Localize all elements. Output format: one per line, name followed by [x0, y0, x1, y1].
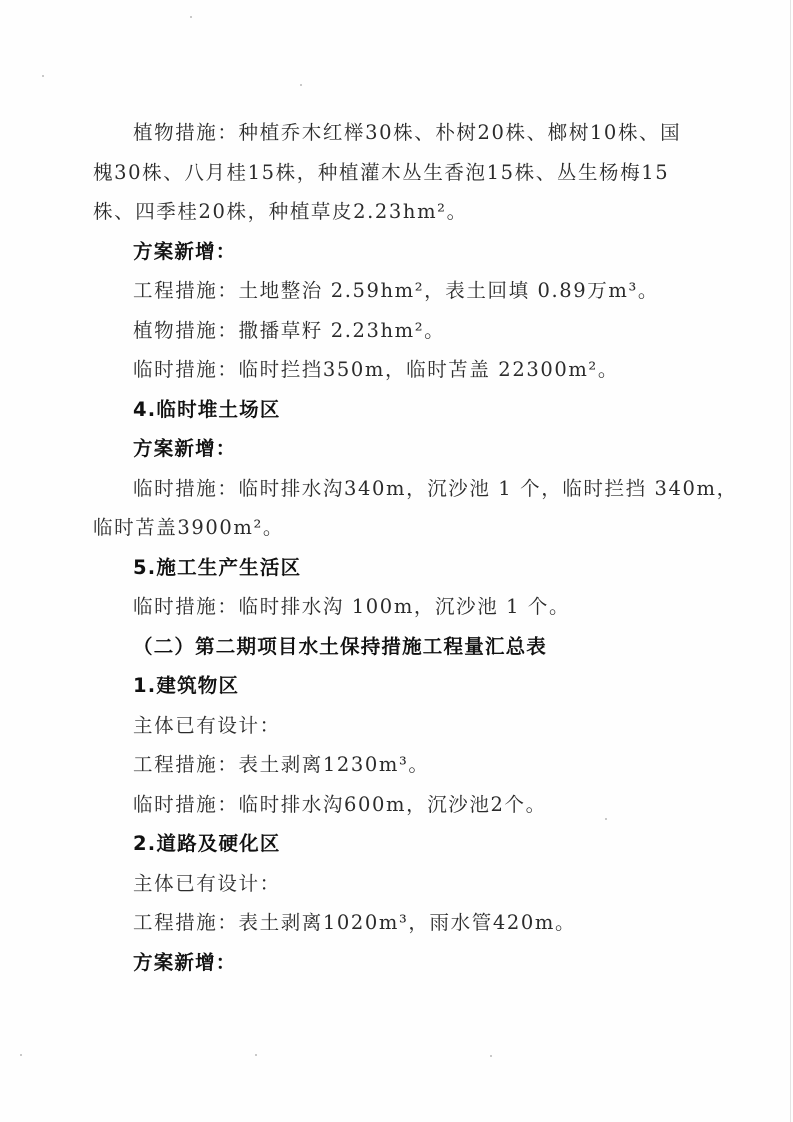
paragraph-engineering-measures: 工程措施：土地整治 2.59hm²，表土回填 0.89万m³。 [93, 271, 697, 311]
scan-speck [300, 84, 302, 86]
scan-speck [42, 75, 44, 77]
document-page: 植物措施：种植乔木红榉30株、朴树20株、榔树10株、国 槐30株、八月桂15株… [0, 0, 793, 1122]
section-heading-building-area: 1.建筑物区 [93, 666, 697, 706]
scan-speck [190, 16, 192, 18]
paragraph-plant-measures-seeding: 植物措施：撒播草籽 2.23hm²。 [93, 311, 697, 351]
subheading-plan-additions: 方案新增： [93, 943, 697, 983]
paragraph-temporary-measures-cont: 临时苫盖3900m²。 [93, 508, 697, 548]
paragraph-temporary-measures: 临时措施：临时拦挡350m，临时苫盖 22300m²。 [93, 350, 697, 390]
subheading-existing-design: 主体已有设计： [93, 864, 697, 904]
section-heading-road-hardened-area: 2.道路及硬化区 [93, 824, 697, 864]
paragraph-engineering-measures: 工程措施：表土剥离1230m³。 [93, 745, 697, 785]
section-heading-construction-living-area: 5.施工生产生活区 [93, 548, 697, 588]
subheading-existing-design: 主体已有设计： [93, 706, 697, 746]
subheading-plan-additions: 方案新增： [93, 429, 697, 469]
paragraph-engineering-measures: 工程措施：表土剥离1020m³，雨水管420m。 [93, 903, 697, 943]
chapter-heading-phase-two-summary: （二）第二期项目水土保持措施工程量汇总表 [93, 627, 697, 667]
scan-speck [20, 1054, 22, 1056]
document-body: 植物措施：种植乔木红榉30株、朴树20株、榔树10株、国 槐30株、八月桂15株… [93, 113, 697, 982]
scan-speck [255, 1054, 257, 1056]
paragraph-temporary-measures: 临时措施：临时排水沟340m，沉沙池 1 个，临时拦挡 340m， [93, 469, 697, 509]
scan-speck [490, 1055, 492, 1057]
paragraph-plant-measures-cont-2: 株、四季桂20株，种植草皮2.23hm²。 [93, 192, 697, 232]
paragraph-temporary-measures: 临时措施：临时排水沟 100m，沉沙池 1 个。 [93, 587, 697, 627]
section-heading-temp-soil-yard: 4.临时堆土场区 [93, 390, 697, 430]
scan-speck [605, 818, 607, 820]
paragraph-plant-measures-cont-1: 槐30株、八月桂15株，种植灌木丛生香泡15株、丛生杨梅15 [93, 153, 697, 193]
paragraph-plant-measures: 植物措施：种植乔木红榉30株、朴树20株、榔树10株、国 [93, 113, 697, 153]
subheading-plan-additions: 方案新增： [93, 232, 697, 272]
